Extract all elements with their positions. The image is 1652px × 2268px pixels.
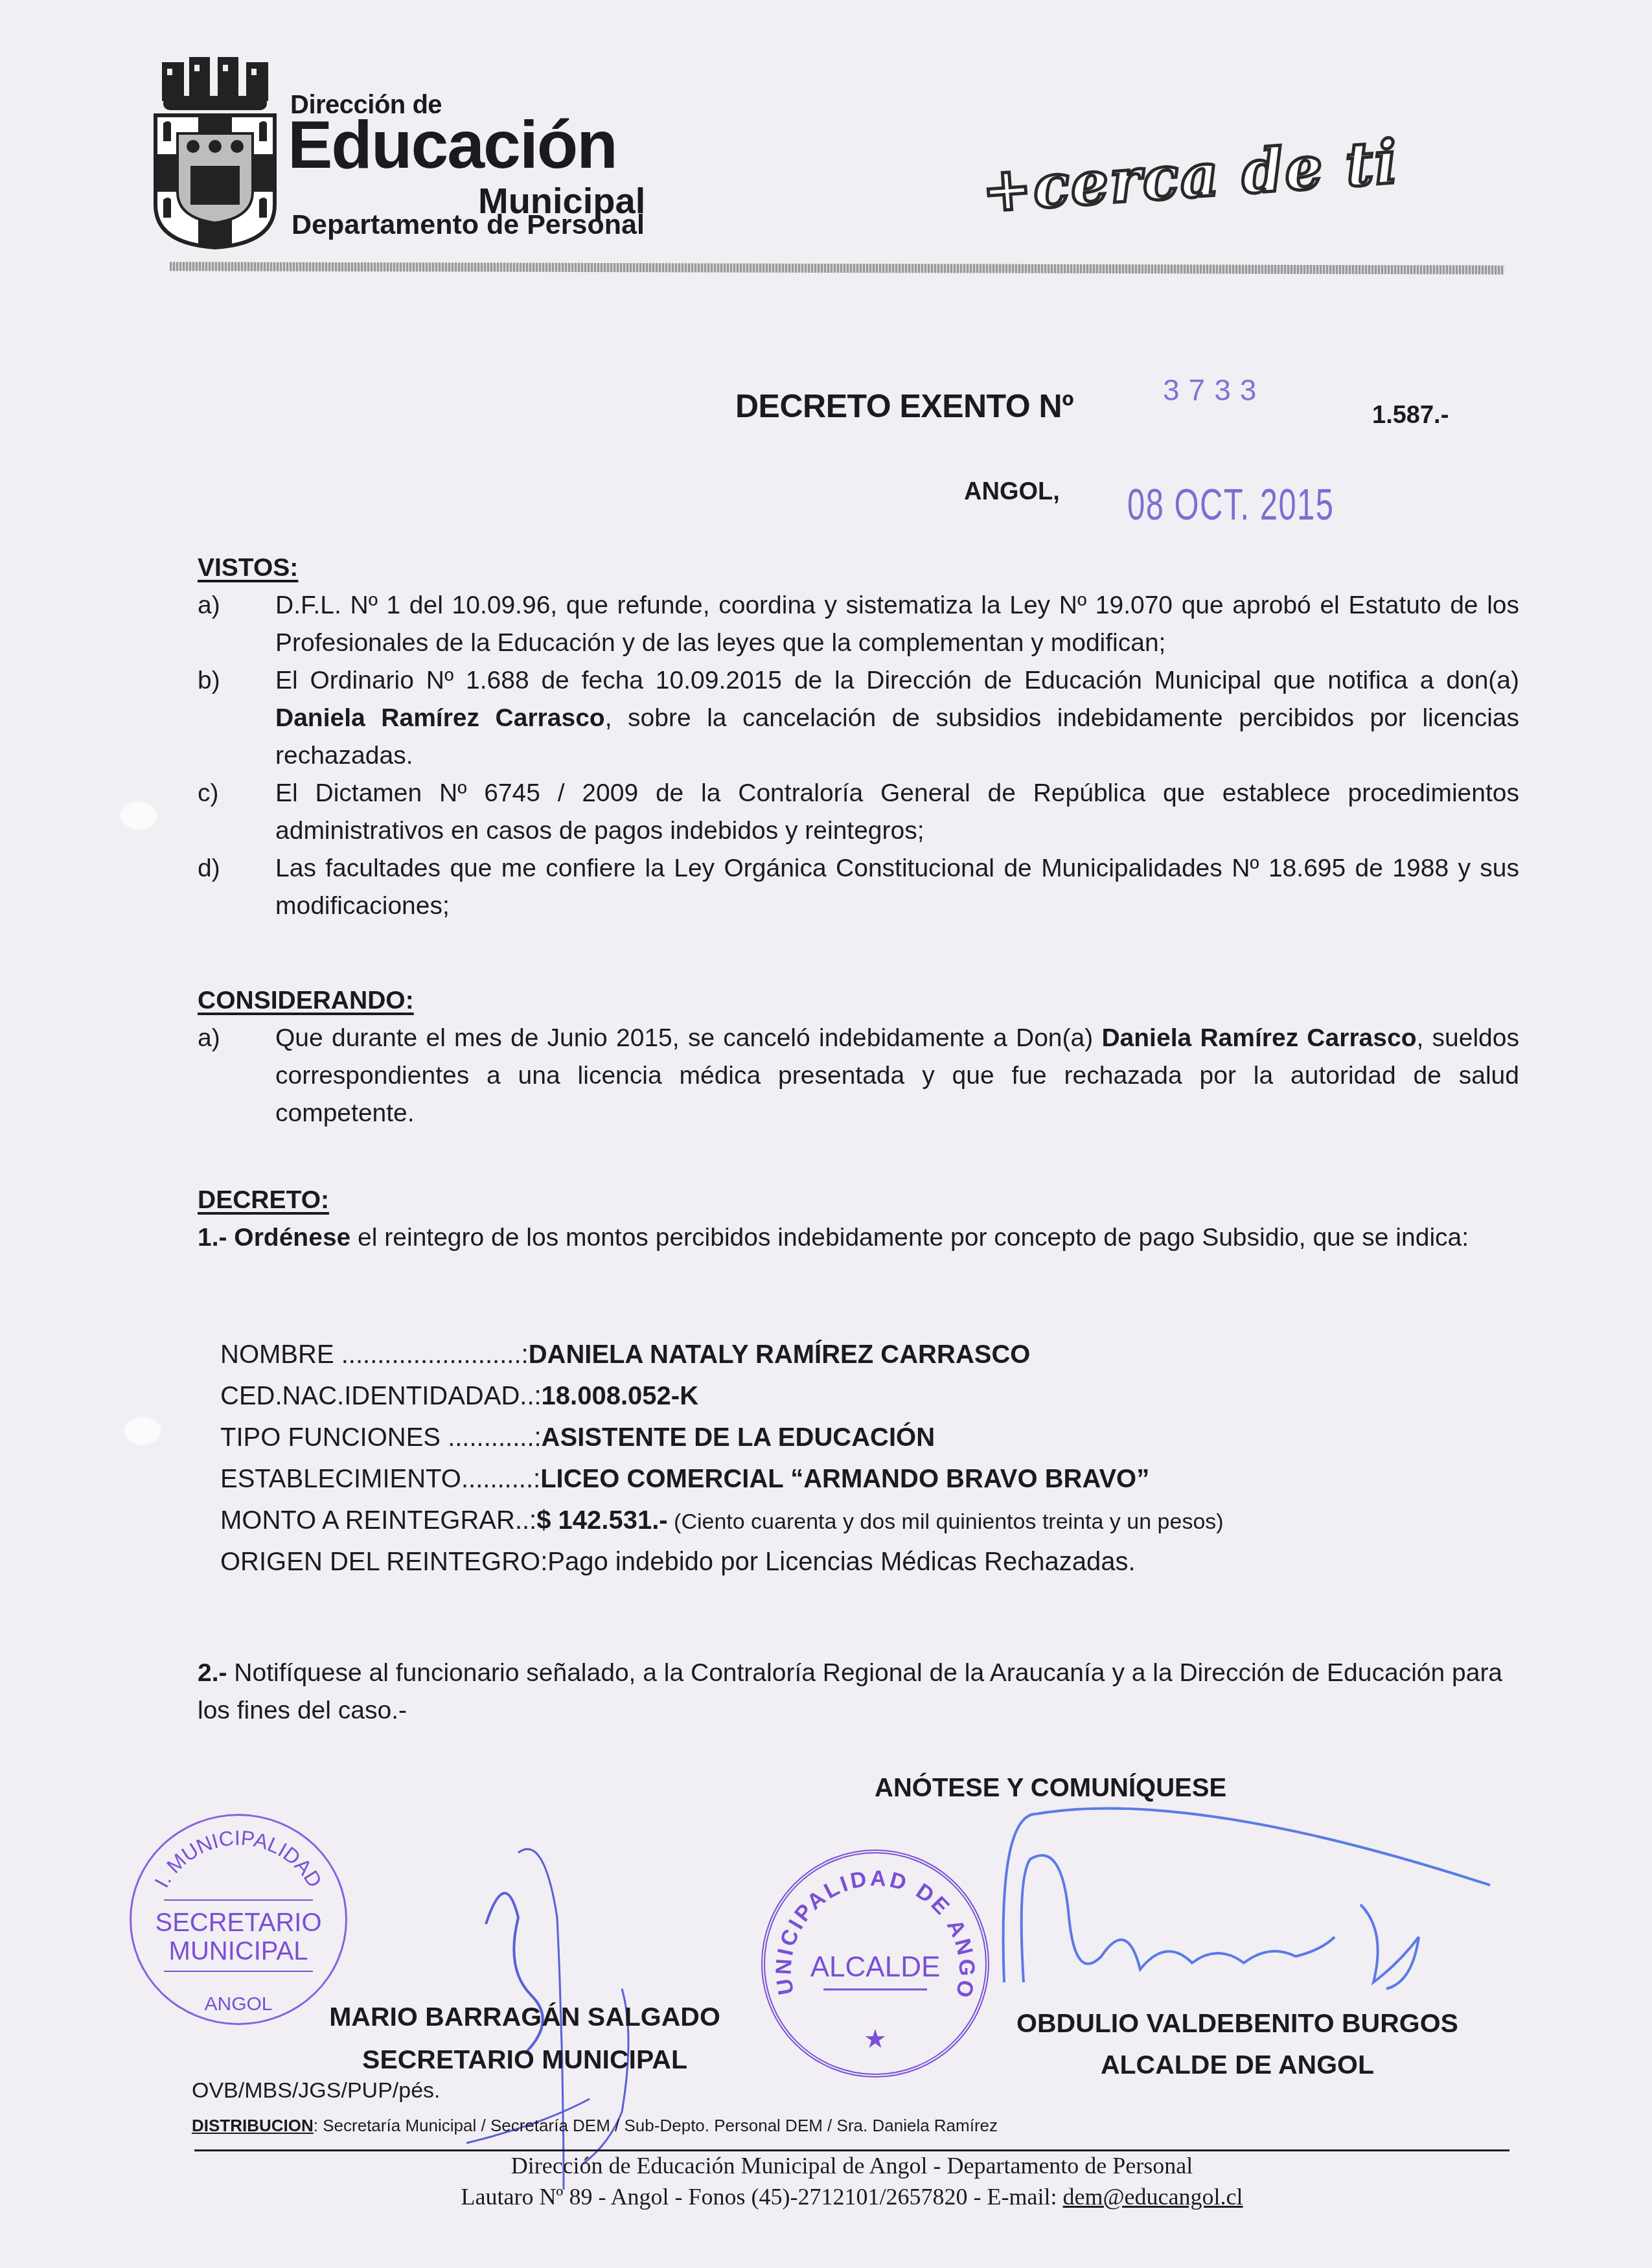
mayor-stamp: MUNICIPALIDAD DE ANGOL ALCALDE ★ xyxy=(761,1850,989,2078)
field-monto: MONTO A REINTEGRAR..: $ 142.531.- (Cient… xyxy=(220,1500,1224,1542)
field-establecimiento: ESTABLECIMIENTO..........: LICEO COMERCI… xyxy=(220,1459,1224,1500)
vistos-item-c: c) El Dictamen Nº 6745 / 2009 de la Cont… xyxy=(198,775,1519,850)
svg-text:ALCALDE: ALCALDE xyxy=(810,1951,941,1983)
slogan-logo: +cerca de ti xyxy=(980,127,1401,226)
field-nombre: NOMBRE .........................: DANIEL… xyxy=(220,1334,1224,1376)
vistos-item-a: a) D.F.L. Nº 1 del 10.09.96, que refunde… xyxy=(198,587,1519,662)
svg-text:I. MUNICIPALIDAD: I. MUNICIPALIDAD xyxy=(150,1826,327,1892)
punch-hole xyxy=(123,1416,162,1446)
field-tipo-funciones: TIPO FUNCIONES ............: ASISTENTE D… xyxy=(220,1417,1224,1459)
svg-text:MUNICIPAL: MUNICIPAL xyxy=(169,1937,308,1965)
secretary-title: SECRETARIO MUNICIPAL xyxy=(324,2045,726,2075)
distribution: DISTRIBUCION: Secretaría Municipal / Sec… xyxy=(192,2116,998,2136)
person-name: Daniela Ramírez Carrasco xyxy=(275,704,605,732)
decree-number: 1.587.- xyxy=(1372,402,1449,430)
field-origen: ORIGEN DEL REINTEGRO: Pago indebido por … xyxy=(220,1542,1224,1582)
decree-title: DECRETO EXENTO Nº xyxy=(735,387,1073,425)
vistos-section: VISTOS: a) D.F.L. Nº 1 del 10.09.96, que… xyxy=(198,549,1519,925)
star-icon: ★ xyxy=(864,2025,887,2054)
reintegro-details: NOMBRE .........................: DANIEL… xyxy=(220,1334,1224,1582)
secretary-name: MARIO BARRAGÁN SALGADO xyxy=(324,2002,726,2032)
mayor-name: OBDULIO VALDEBENITO BURGOS xyxy=(1011,2008,1464,2039)
header-divider xyxy=(170,262,1504,274)
svg-text:SECRETARIO: SECRETARIO xyxy=(155,1908,321,1937)
considerando-section: CONSIDERANDO: a) Que durante el mes de J… xyxy=(198,982,1519,1132)
initials: OVB/MBS/JGS/PUP/pés. xyxy=(192,2078,441,2103)
person-name: Daniela Ramírez Carrasco xyxy=(1101,1024,1416,1052)
footer-org: Dirección de Educación Municipal de Ango… xyxy=(194,2152,1509,2179)
vistos-heading: VISTOS: xyxy=(198,549,1519,587)
vistos-item-b: b) El Ordinario Nº 1.688 de fecha 10.09.… xyxy=(198,662,1519,775)
decreto-point-1: 1.- Ordénese el reintegro de los montos … xyxy=(198,1219,1519,1257)
punch-hole xyxy=(119,801,158,830)
org-line-educacion: Educación xyxy=(288,111,617,179)
considerando-heading: CONSIDERANDO: xyxy=(198,982,1519,1020)
mayor-title: ALCALDE DE ANGOL xyxy=(1011,2050,1464,2080)
field-cedula: CED.NAC.IDENTIDADAD..: 18.008.052-K xyxy=(220,1376,1224,1417)
stamped-number: 3733 xyxy=(1163,372,1265,407)
decree-city: ANGOL, xyxy=(964,478,1060,506)
org-line-departamento: Departamento de Personal xyxy=(292,211,645,239)
mayor-signature xyxy=(998,1788,1516,1995)
stamped-date: 08 OCT. 2015 xyxy=(1127,479,1334,530)
svg-text:ANGOL: ANGOL xyxy=(204,1993,272,2015)
decreto-heading: DECRETO: xyxy=(198,1182,1519,1219)
municipal-crest-icon xyxy=(150,56,280,250)
secretary-stamp: I. MUNICIPALIDAD SECRETARIO MUNICIPAL AN… xyxy=(130,1814,347,2025)
decreto-section: DECRETO: 1.- Ordénese el reintegro de lo… xyxy=(198,1182,1519,1257)
vistos-item-d: d) Las facultades que me confiere la Ley… xyxy=(198,850,1519,925)
footer-contact: Lautaro Nº 89 - Angol - Fonos (45)-27121… xyxy=(194,2183,1509,2210)
email-link[interactable]: dem@educangol.cl xyxy=(1062,2184,1243,2210)
considerando-item-a: a) Que durante el mes de Junio 2015, se … xyxy=(198,1020,1519,1132)
decreto-point-2: 2.- Notifíquese al funcionario señalado,… xyxy=(198,1655,1513,1730)
footer-divider xyxy=(194,2149,1509,2151)
